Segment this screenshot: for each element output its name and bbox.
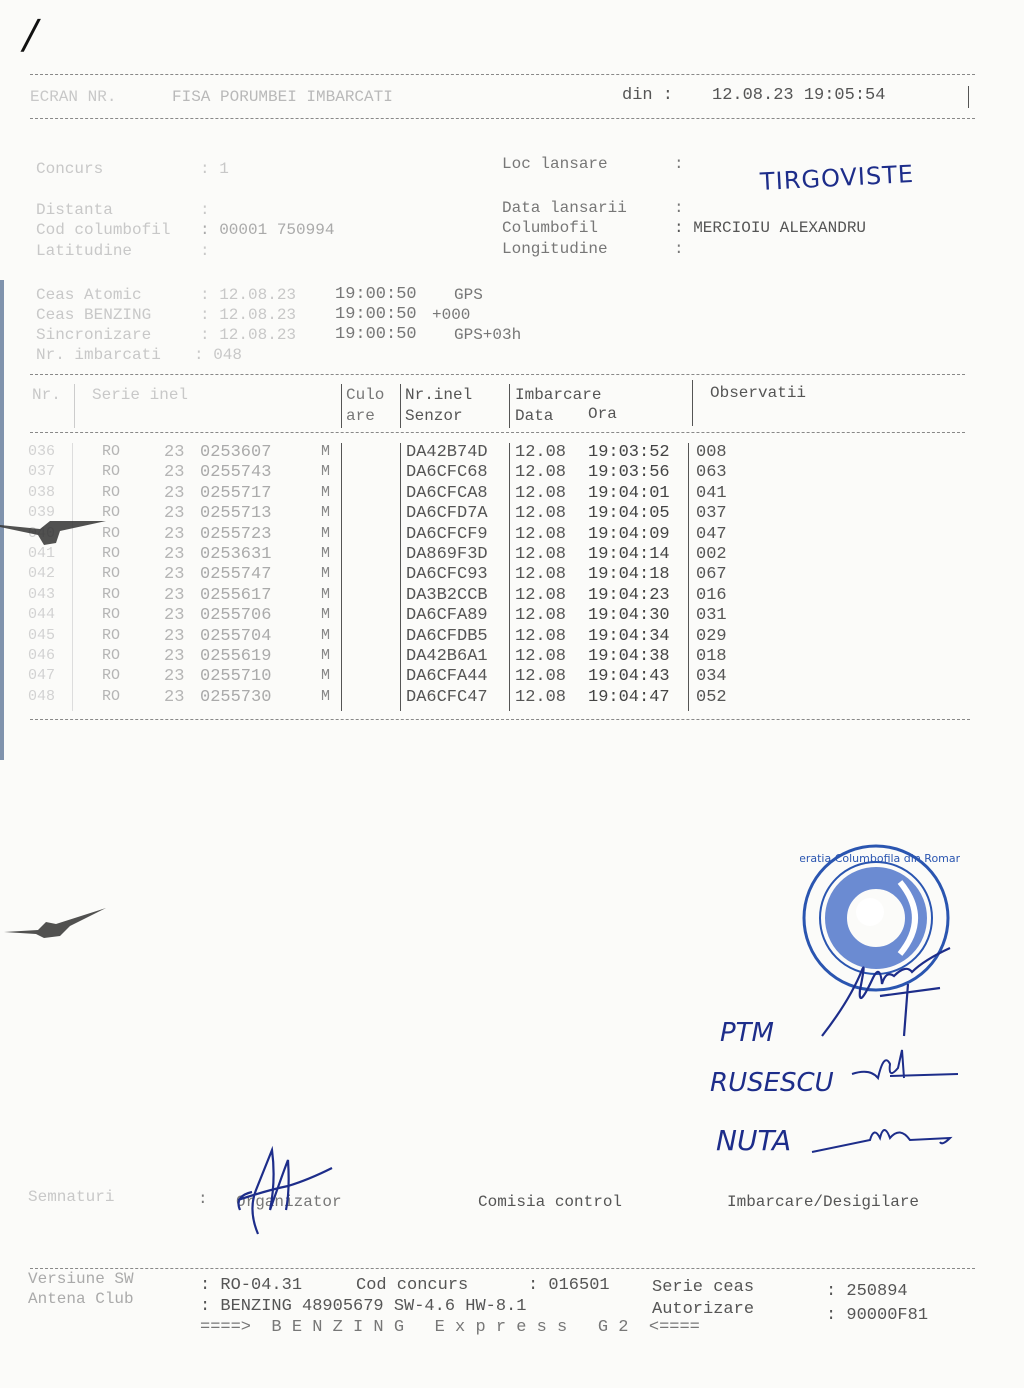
table-divider-top — [30, 374, 965, 375]
cell-time: 19:04:34 — [588, 627, 670, 646]
cell-sex: M — [321, 688, 330, 705]
cell-sensor: DA6CFCF9 — [406, 525, 488, 544]
cell-sensor: DA6CFD7A — [406, 504, 488, 523]
cell-obs: 016 — [696, 586, 727, 605]
cell-time: 19:04:18 — [588, 565, 670, 584]
loc-lansare-label: Loc lansare — [502, 155, 608, 173]
sincronizare-date: : 12.08.23 — [200, 326, 296, 344]
table-row: 040RO230255723MDA6CFCF912.0819:04:09047 — [0, 525, 1024, 545]
cell-year: 23 — [164, 688, 184, 707]
table-row: 041RO230253631MDA869F3D12.0819:04:14002 — [0, 545, 1024, 565]
row-sep-imbarcare — [509, 443, 510, 711]
table-row: 046RO230255619MDA42B6A112.0819:04:38018 — [0, 647, 1024, 667]
columbofil-value: : MERCIOIU ALEXANDRU — [674, 219, 866, 237]
header-bar — [968, 86, 969, 108]
signature-organizer-icon — [228, 1140, 338, 1240]
cell-ring: 0255713 — [200, 504, 271, 523]
cell-ring: 0255717 — [200, 484, 271, 503]
cell-sex: M — [321, 463, 330, 480]
cell-obs: 037 — [696, 504, 727, 523]
page-mark: / — [19, 12, 42, 58]
cell-nr: 048 — [28, 688, 55, 705]
cell-year: 23 — [164, 463, 184, 482]
cell-date: 12.08 — [515, 463, 566, 482]
cell-country: RO — [102, 627, 120, 644]
ceas-benzing-label: Ceas BENZING — [36, 306, 151, 324]
col-sep-observatii — [692, 380, 693, 426]
cell-sensor: DA3B2CCB — [406, 586, 488, 605]
cell-country: RO — [102, 667, 120, 684]
cell-time: 19:04:43 — [588, 667, 670, 686]
cell-year: 23 — [164, 586, 184, 605]
ceas-atomic-suffix: GPS — [454, 286, 483, 304]
cell-ring: 0253631 — [200, 545, 271, 564]
table-row: 045RO230255704MDA6CFDB512.0819:04:34029 — [0, 627, 1024, 647]
cell-obs: 052 — [696, 688, 727, 707]
cell-ring: 0255747 — [200, 565, 271, 584]
cell-date: 12.08 — [515, 627, 566, 646]
cell-date: 12.08 — [515, 545, 566, 564]
cell-year: 23 — [164, 627, 184, 646]
col-culoare-header-1: Culo — [346, 386, 384, 404]
cod-columbofil-label: Cod columbofil — [36, 221, 170, 239]
row-sep-nr — [72, 443, 73, 711]
cell-country: RO — [102, 647, 120, 664]
table-row: 042RO230255747MDA6CFC9312.0819:04:18067 — [0, 565, 1024, 585]
distanta-label: Distanta — [36, 201, 113, 219]
cell-year: 23 — [164, 606, 184, 625]
table-row: 044RO230255706MDA6CFA8912.0819:04:30031 — [0, 606, 1024, 626]
cell-sensor: DA42B74D — [406, 443, 488, 462]
cell-year: 23 — [164, 545, 184, 564]
cell-date: 12.08 — [515, 606, 566, 625]
cell-time: 19:04:23 — [588, 586, 670, 605]
cell-year: 23 — [164, 647, 184, 666]
autorizare-value: : 90000F81 — [826, 1306, 928, 1325]
brand-line: ====> B E N Z I N G E x p r e s s G 2 <=… — [200, 1318, 700, 1337]
header-din-value: 12.08.23 19:05:54 — [712, 86, 885, 105]
cell-date: 12.08 — [515, 525, 566, 544]
cell-sex: M — [321, 606, 330, 623]
ceas-benzing-suffix: +000 — [432, 306, 470, 324]
cell-country: RO — [102, 565, 120, 582]
cell-nr: 043 — [28, 586, 55, 603]
cell-country: RO — [102, 688, 120, 705]
col-data-header: Data — [515, 407, 553, 425]
cell-time: 19:04:09 — [588, 525, 670, 544]
table-row: 039RO230255713MDA6CFD7A12.0819:04:05037 — [0, 504, 1024, 524]
cell-year: 23 — [164, 504, 184, 523]
cell-nr: 036 — [28, 443, 55, 460]
table-row: 043RO230255617MDA3B2CCB12.0819:04:23016 — [0, 586, 1024, 606]
signer-name-3: NUTA — [716, 1124, 791, 1157]
cell-obs: 018 — [696, 647, 727, 666]
cell-sensor: DA42B6A1 — [406, 647, 488, 666]
boarding-table-body: 036RO230253607MDA42B74D12.0819:03:520080… — [0, 443, 1024, 713]
cell-date: 12.08 — [515, 647, 566, 666]
header-screen-label: ECRAN NR. — [30, 88, 116, 106]
header-divider-bottom — [30, 118, 975, 119]
cell-date: 12.08 — [515, 504, 566, 523]
cell-sex: M — [321, 667, 330, 684]
col-ora-header: Ora — [588, 405, 617, 423]
sincronizare-label: Sincronizare — [36, 326, 151, 344]
ceas-benzing-date: : 12.08.23 — [200, 306, 296, 324]
sincronizare-suffix: GPS+03h — [454, 326, 521, 344]
versiune-sw-label: Versiune SW — [28, 1270, 134, 1288]
cell-nr: 047 — [28, 667, 55, 684]
col-sep-senzor — [400, 384, 401, 428]
table-row: 037RO230255743MDA6CFC6812.0819:03:56063 — [0, 463, 1024, 483]
signature-nuta-icon — [810, 1116, 960, 1156]
cell-time: 19:04:05 — [588, 504, 670, 523]
ceas-benzing-time: 19:00:50 — [335, 305, 417, 324]
cell-date: 12.08 — [515, 484, 566, 503]
footer-divider — [30, 1268, 975, 1269]
cell-ring: 0255617 — [200, 586, 271, 605]
cell-obs: 034 — [696, 667, 727, 686]
cell-country: RO — [102, 606, 120, 623]
cell-sex: M — [321, 484, 330, 501]
cell-nr: 046 — [28, 647, 55, 664]
row-sep-senzor — [400, 443, 401, 711]
cell-sensor: DA6CFC68 — [406, 463, 488, 482]
signer-name-1: PTM — [720, 1018, 774, 1048]
cell-country: RO — [102, 586, 120, 603]
cell-date: 12.08 — [515, 688, 566, 707]
cell-sex: M — [321, 545, 330, 562]
cell-obs: 008 — [696, 443, 727, 462]
loc-lansare-colon: : — [674, 155, 684, 173]
cell-ring: 0255619 — [200, 647, 271, 666]
cell-sensor: DA6CFCA8 — [406, 484, 488, 503]
cell-obs: 002 — [696, 545, 727, 564]
cell-sensor: DA6CFC93 — [406, 565, 488, 584]
concurs-value: : 1 — [200, 160, 229, 178]
cell-sex: M — [321, 504, 330, 521]
cell-time: 19:04:47 — [588, 688, 670, 707]
cell-sensor: DA6CFA44 — [406, 667, 488, 686]
cell-nr: 044 — [28, 606, 55, 623]
cell-year: 23 — [164, 565, 184, 584]
table-divider-bottom — [30, 719, 970, 720]
cell-sensor: DA6CFA89 — [406, 606, 488, 625]
sincronizare-time: 19:00:50 — [335, 325, 417, 344]
cell-date: 12.08 — [515, 565, 566, 584]
col-senzor-header-2: Senzor — [405, 407, 463, 425]
cell-ring: 0255706 — [200, 606, 271, 625]
cell-sex: M — [321, 525, 330, 542]
serie-ceas-value: : 250894 — [826, 1282, 908, 1301]
latitudine-value: : — [200, 242, 210, 260]
nr-imbarcati-value: : 048 — [194, 346, 242, 364]
longitudine-label: Longitudine — [502, 240, 608, 258]
cell-ring: 0253607 — [200, 443, 271, 462]
cell-nr: 037 — [28, 463, 55, 480]
cell-obs: 063 — [696, 463, 727, 482]
columbofil-label: Columbofil — [502, 219, 598, 237]
cell-year: 23 — [164, 484, 184, 503]
cell-ring: 0255723 — [200, 525, 271, 544]
cell-country: RO — [102, 443, 120, 460]
col-sep-nr — [74, 384, 75, 428]
versiune-sw-value: : RO-04.31 — [200, 1276, 302, 1295]
cell-obs: 067 — [696, 565, 727, 584]
cell-time: 19:03:56 — [588, 463, 670, 482]
cell-sex: M — [321, 647, 330, 664]
longitudine-colon: : — [674, 240, 684, 258]
row-sep-culoare — [341, 443, 342, 711]
loc-lansare-handwritten: TIRGOVISTE — [759, 160, 914, 196]
ceas-atomic-date: : 12.08.23 — [200, 286, 296, 304]
semnaturi-colon: : — [198, 1190, 208, 1208]
cell-year: 23 — [164, 525, 184, 544]
cell-country: RO — [102, 484, 120, 501]
cell-obs: 029 — [696, 627, 727, 646]
cell-nr: 042 — [28, 565, 55, 582]
data-lansarii-label: Data lansarii — [502, 199, 627, 217]
ceas-atomic-time: 19:00:50 — [335, 285, 417, 304]
document-title: FISA PORUMBEI IMBARCATI — [172, 88, 393, 106]
cell-ring: 0255704 — [200, 627, 271, 646]
bird-artifact-icon — [0, 904, 110, 944]
col-imbarcare-header: Imbarcare — [515, 386, 601, 404]
cell-country: RO — [102, 463, 120, 480]
cell-ring: 0255710 — [200, 667, 271, 686]
table-row: 048RO230255730MDA6CFC4712.0819:04:47052 — [0, 688, 1024, 708]
cell-sex: M — [321, 443, 330, 460]
header-divider-top — [30, 74, 975, 75]
table-row: 036RO230253607MDA42B74D12.0819:03:52008 — [0, 443, 1024, 463]
cell-time: 19:04:38 — [588, 647, 670, 666]
autorizare-label: Autorizare — [652, 1300, 754, 1319]
cod-concurs-value: : 016501 — [528, 1276, 610, 1295]
signature-rusescu-icon — [850, 1048, 960, 1088]
col-observatii-header: Observatii — [710, 384, 806, 402]
bird-artifact-icon — [0, 515, 110, 555]
table-row: 038RO230255717MDA6CFCA812.0819:04:01041 — [0, 484, 1024, 504]
header-din-label: din : — [622, 86, 673, 105]
cell-ring: 0255730 — [200, 688, 271, 707]
row-sep-observatii — [688, 443, 689, 711]
cell-time: 19:04:14 — [588, 545, 670, 564]
cod-columbofil-value: : 00001 750994 — [200, 221, 334, 239]
cell-sensor: DA869F3D — [406, 545, 488, 564]
cell-sex: M — [321, 565, 330, 582]
antena-club-value: : BENZING 48905679 SW-4.6 HW-8.1 — [200, 1297, 526, 1316]
cell-year: 23 — [164, 443, 184, 462]
concurs-label: Concurs — [36, 160, 103, 178]
cell-sensor: DA6CFDB5 — [406, 627, 488, 646]
nr-imbarcati-label: Nr. imbarcati — [36, 346, 161, 364]
cod-concurs-label: Cod concurs — [356, 1276, 468, 1295]
cell-time: 19:04:01 — [588, 484, 670, 503]
comisia-control-label: Comisia control — [478, 1193, 622, 1211]
distanta-value: : — [200, 201, 210, 219]
cell-obs: 041 — [696, 484, 727, 503]
cell-sex: M — [321, 586, 330, 603]
cell-sensor: DA6CFC47 — [406, 688, 488, 707]
signature-stamp-icon — [820, 940, 970, 1040]
svg-text:Federatia Columbofila din Roma: Federatia Columbofila din Romania — [800, 852, 960, 865]
latitudine-label: Latitudine — [36, 242, 132, 260]
col-senzor-header-1: Nr.inel — [405, 386, 472, 404]
cell-date: 12.08 — [515, 443, 566, 462]
cell-sex: M — [321, 627, 330, 644]
col-sep-culoare — [341, 384, 342, 428]
cell-nr: 045 — [28, 627, 55, 644]
table-divider-header — [30, 432, 965, 433]
signer-name-2: RUSESCU — [710, 1068, 834, 1098]
cell-ring: 0255743 — [200, 463, 271, 482]
cell-obs: 047 — [696, 525, 727, 544]
ceas-atomic-label: Ceas Atomic — [36, 286, 142, 304]
col-sep-imbarcare — [509, 384, 510, 428]
cell-obs: 031 — [696, 606, 727, 625]
serie-ceas-label: Serie ceas — [652, 1278, 754, 1297]
antena-club-label: Antena Club — [28, 1290, 134, 1308]
table-row: 047RO230255710MDA6CFA4412.0819:04:43034 — [0, 667, 1024, 687]
imbarcare-desigilare-label: Imbarcare/Desigilare — [727, 1193, 919, 1211]
col-serie-header: Serie inel — [92, 386, 188, 404]
data-lansarii-colon: : — [674, 199, 684, 217]
col-culoare-header-2: are — [346, 407, 375, 425]
cell-year: 23 — [164, 667, 184, 686]
cell-time: 19:04:30 — [588, 606, 670, 625]
cell-date: 12.08 — [515, 667, 566, 686]
cell-time: 19:03:52 — [588, 443, 670, 462]
cell-date: 12.08 — [515, 586, 566, 605]
col-nr-header: Nr. — [32, 386, 61, 404]
cell-nr: 038 — [28, 484, 55, 501]
semnaturi-label: Semnaturi — [28, 1188, 114, 1206]
